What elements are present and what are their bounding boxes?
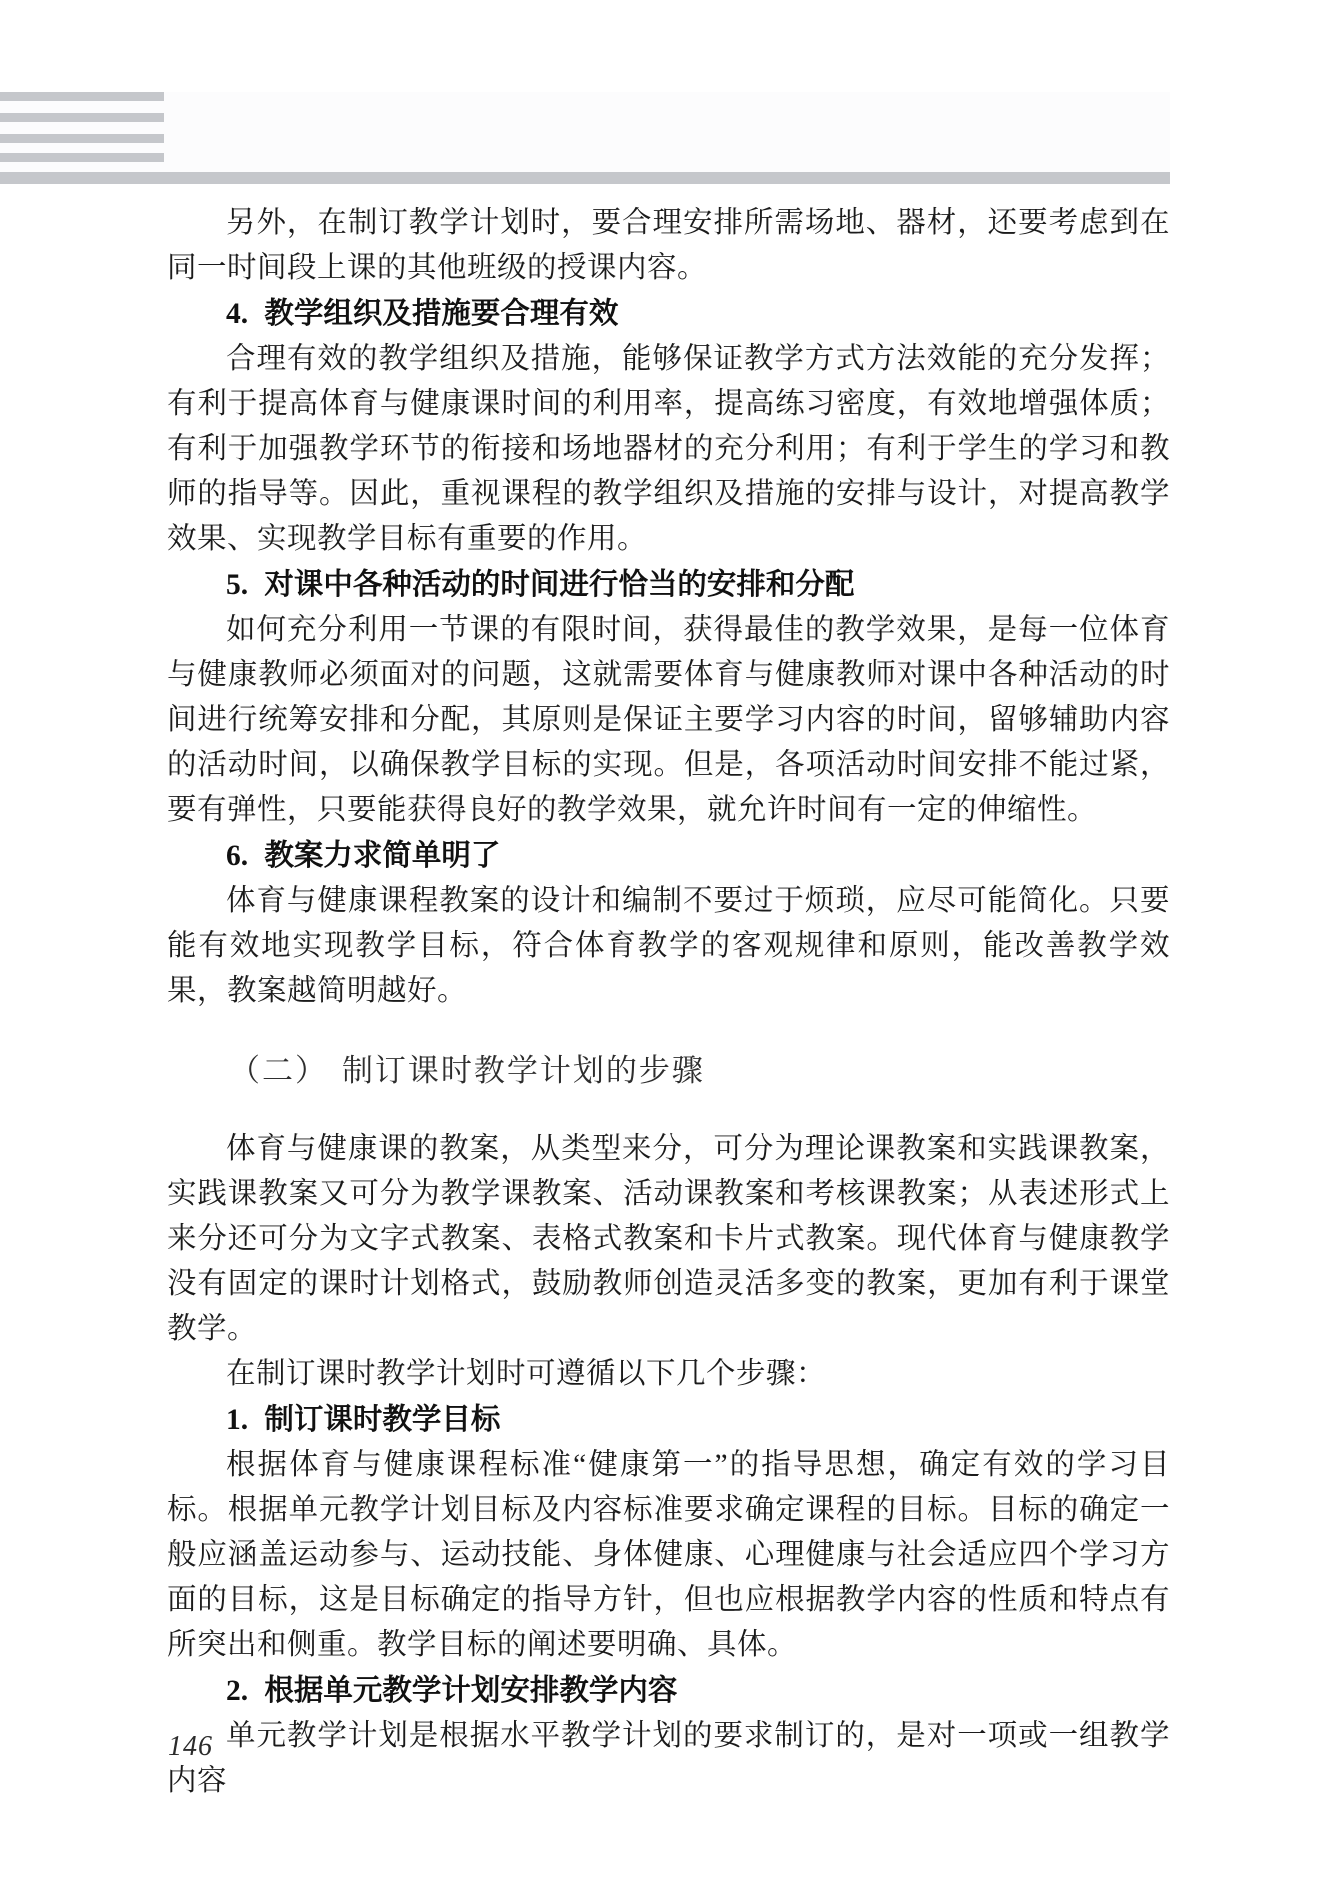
header-rule [0,172,1170,184]
heading-number: （二） [229,1053,328,1088]
numbered-heading: 4.教学组织及措施要合理有效 [167,291,1170,337]
heading-text: 教学组织及措施要合理有效 [264,297,618,330]
page-content: 另外，在制订教学计划时，要合理安排所需场地、器材，还要考虑到在同一时间段上课的其… [167,201,1170,1804]
numbered-heading: 6.教案力求简单明了 [167,833,1170,879]
heading-number: 6. [226,840,248,872]
paragraph-text: 根据体育与健康课程标准“健康第一”的指导思想，确定有效的学习目标。根据单元教学计… [167,1449,1170,1661]
heading-text: 教案力求简单明了 [264,839,500,872]
heading-number: 1. [226,1404,248,1436]
header-bar-icon [0,113,164,122]
heading-text: 根据单元教学计划安排教学内容 [264,1674,677,1707]
paragraph: 在制订课时教学计划时可遵循以下几个步骤： [167,1352,1170,1397]
heading-text: 制订课时教学目标 [264,1403,500,1436]
section-heading: （二）制订课时教学计划的步骤 [167,1048,1170,1093]
heading-number: 2. [226,1675,248,1707]
paragraph: 另外，在制订教学计划时，要合理安排所需场地、器材，还要考虑到在同一时间段上课的其… [167,201,1170,291]
paragraph-text: 体育与健康课的教案，从类型来分，可分为理论课教案和实践课教案，实践课教案又可分为… [167,1133,1170,1345]
paragraph-text: 体育与健康课程教案的设计和编制不要过于烦琐，应尽可能简化。只要能有效地实现教学目… [167,885,1170,1007]
numbered-heading: 2.根据单元教学计划安排教学内容 [167,1668,1170,1714]
paragraph: 体育与健康课程教案的设计和编制不要过于烦琐，应尽可能简化。只要能有效地实现教学目… [167,879,1170,1014]
book-page: 另外，在制订教学计划时，要合理安排所需场地、器材，还要考虑到在同一时间段上课的其… [0,0,1331,1884]
paragraph-text: 合理有效的教学组织及措施，能够保证教学方式方法效能的充分发挥；有利于提高体育与健… [167,343,1170,555]
heading-number: 4. [226,298,248,330]
header-bar-icon [0,153,164,162]
paragraph: 合理有效的教学组织及措施，能够保证教学方式方法效能的充分发挥；有利于提高体育与健… [167,337,1170,562]
paragraph: 如何充分利用一节课的有限时间，获得最佳的教学效果，是每一位体育与健康教师必须面对… [167,608,1170,833]
page-number: 146 [168,1731,213,1763]
paragraph-text: 如何充分利用一节课的有限时间，获得最佳的教学效果，是每一位体育与健康教师必须面对… [167,614,1170,826]
header-bar-icon [0,134,164,143]
paragraph: 单元教学计划是根据水平教学计划的要求制订的，是对一项或一组教学内容 [167,1714,1170,1804]
paragraph: 根据体育与健康课程标准“健康第一”的指导思想，确定有效的学习目标。根据单元教学计… [167,1443,1170,1668]
heading-number: 5. [226,569,248,601]
numbered-heading: 5.对课中各种活动的时间进行恰当的安排和分配 [167,562,1170,608]
paragraph: 体育与健康课的教案，从类型来分，可分为理论课教案和实践课教案，实践课教案又可分为… [167,1127,1170,1352]
heading-text: 对课中各种活动的时间进行恰当的安排和分配 [264,568,854,601]
heading-text: 制订课时教学计划的步骤 [342,1053,705,1088]
header-bar-icon [0,92,164,101]
paragraph-text: 单元教学计划是根据水平教学计划的要求制订的，是对一项或一组教学内容 [167,1720,1170,1797]
paragraph-text: 在制订课时教学计划时可遵循以下几个步骤： [226,1358,826,1390]
header-panel [0,92,1170,172]
paragraph-text: 另外，在制订教学计划时，要合理安排所需场地、器材，还要考虑到在同一时间段上课的其… [167,207,1170,284]
numbered-heading: 1.制订课时教学目标 [167,1397,1170,1443]
